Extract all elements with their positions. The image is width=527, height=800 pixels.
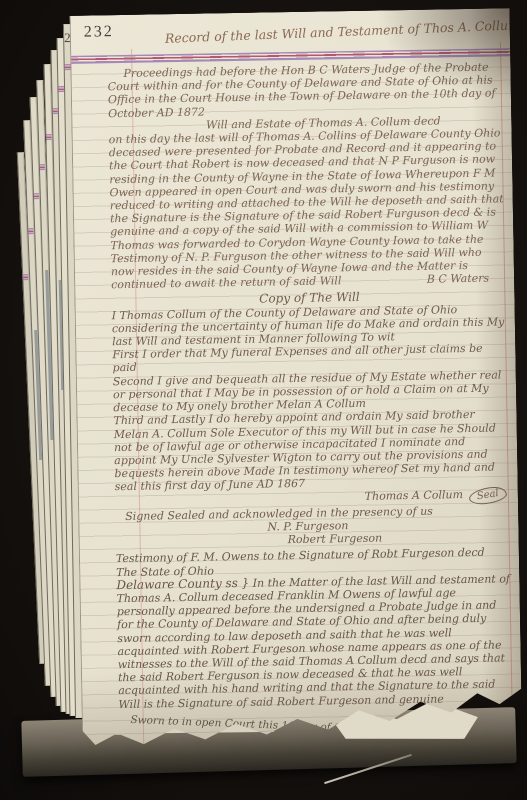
handwritten-content: Proceedings had before the Hon B C Water…: [107, 60, 515, 740]
section-will: Copy of The Will I Thomas Collum of the …: [111, 289, 511, 550]
witness-signature-2: Robert Furgeson: [288, 529, 512, 546]
seal-flourish: Seal: [468, 484, 508, 506]
will-clause-third: Third and Lastly I do hereby appoint and…: [113, 408, 510, 494]
ledger-page: 232 Record of the last Will and Testamen…: [69, 8, 522, 768]
testimony-body-line: Delaware County ss } In the Matter of th…: [116, 572, 514, 711]
section-proceedings: Proceedings had before the Hon B C Water…: [107, 60, 507, 291]
testimony-body: In the Matter of the last Will and testa…: [117, 572, 511, 711]
page-number: 232: [84, 23, 114, 42]
testator-signature: Thomas A Collum: [365, 488, 463, 503]
photo-scene: 2 232 Record of the last Will and Testam…: [0, 0, 527, 800]
will-intro: I Thomas Collum of the County of Delawar…: [112, 302, 509, 349]
will-clause-second: Second I give and bequeath all the resid…: [113, 368, 510, 415]
proceedings-body: on this day the last will of Thomas A. C…: [109, 126, 508, 291]
page-title: Record of the last Will and Testament of…: [165, 18, 509, 46]
proceedings-opening: Proceedings had before the Hon B C Water…: [107, 60, 504, 120]
